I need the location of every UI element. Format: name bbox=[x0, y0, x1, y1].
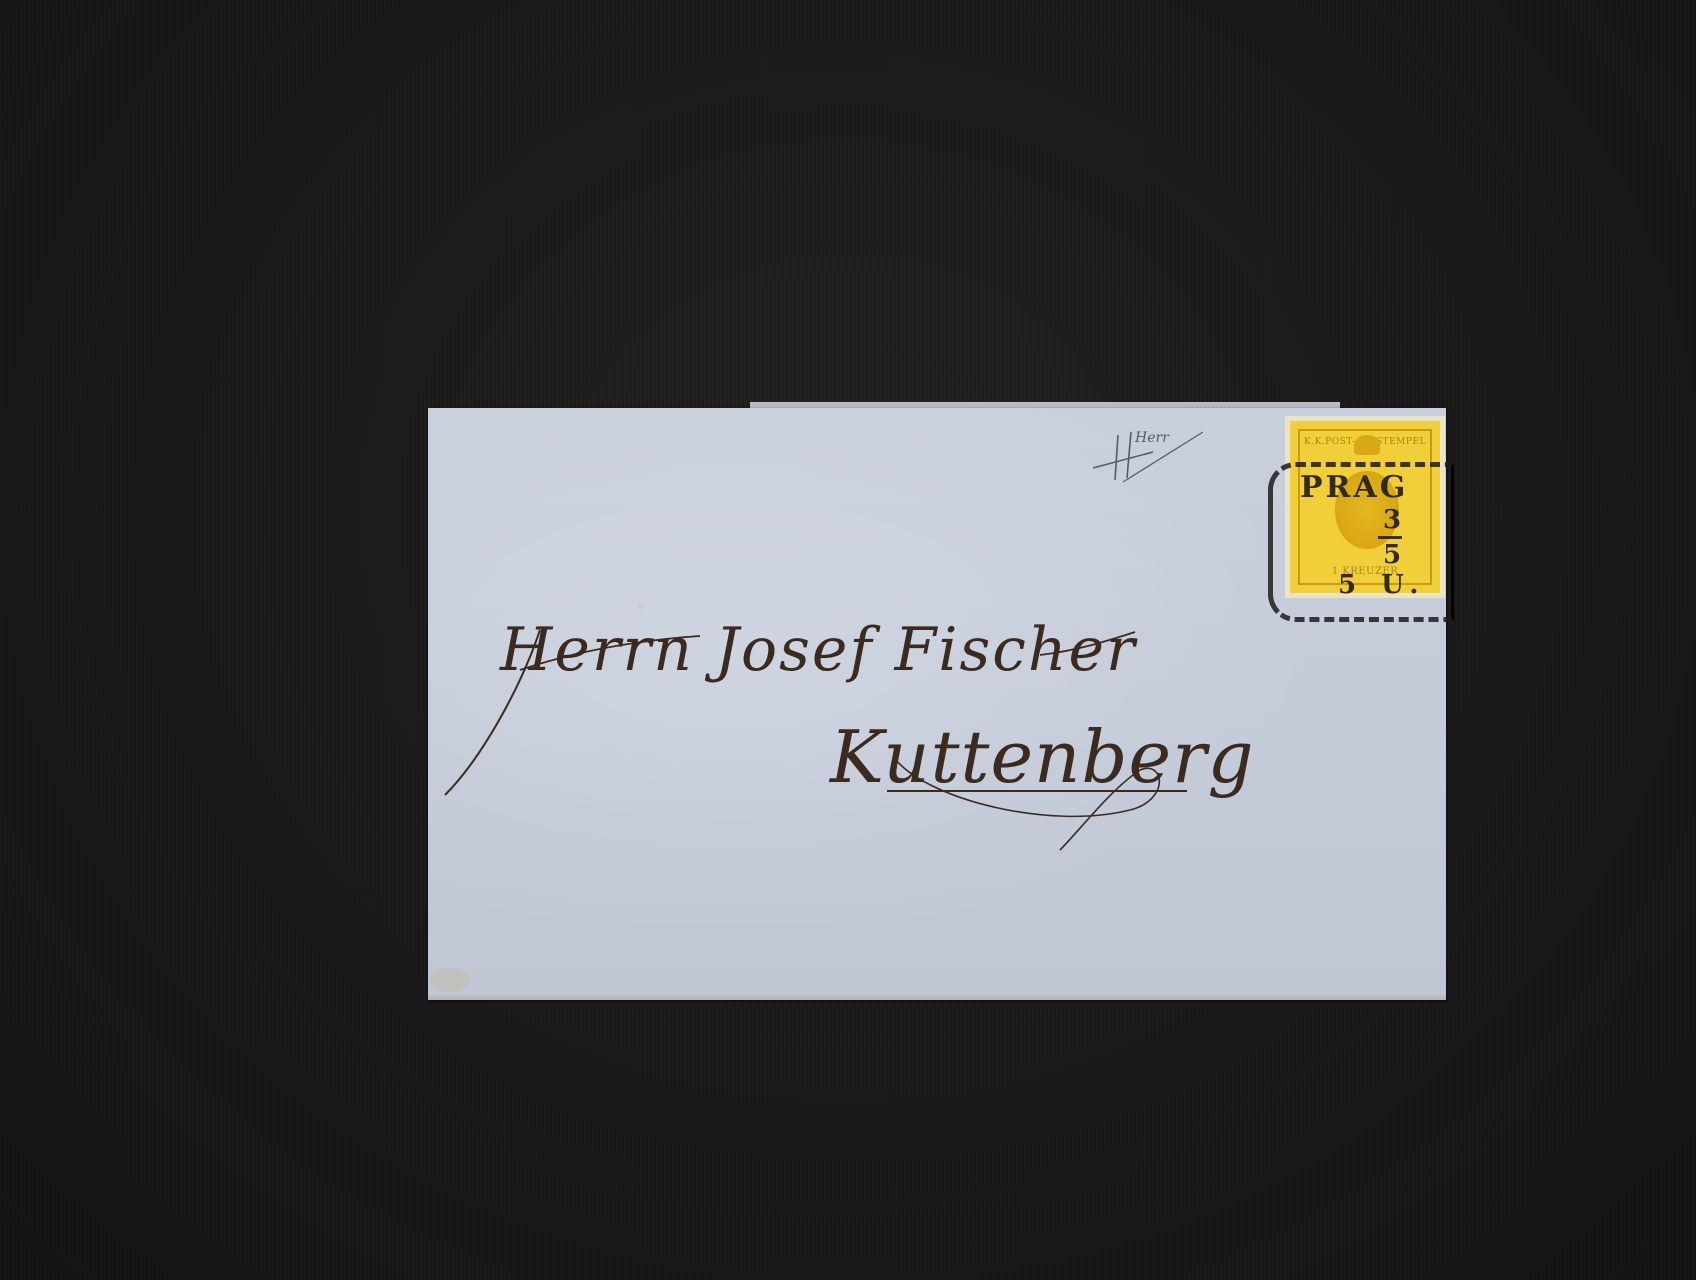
crown-icon bbox=[1354, 435, 1380, 455]
pencil-annotation: Herr bbox=[1083, 420, 1208, 490]
svg-text:Herr: Herr bbox=[1134, 430, 1170, 446]
recipient-town: Kuttenberg bbox=[830, 715, 1255, 799]
postmark-month: 5 bbox=[1383, 540, 1401, 570]
postmark-day: 3 bbox=[1383, 505, 1401, 535]
paper-spot bbox=[638, 603, 644, 609]
stamp-top-right-text: STEMPEL bbox=[1376, 437, 1426, 447]
recipient-name: Herrn Josef Fischer bbox=[500, 615, 1137, 685]
stamp-top-left-text: K.K.POST- bbox=[1304, 437, 1355, 447]
postmark-city: PRAG bbox=[1300, 470, 1408, 505]
postmark-fraction-bar bbox=[1378, 536, 1402, 539]
address-underline bbox=[887, 790, 1187, 792]
paper-stain bbox=[430, 968, 470, 992]
postmark-time: 5 U. bbox=[1338, 570, 1426, 600]
